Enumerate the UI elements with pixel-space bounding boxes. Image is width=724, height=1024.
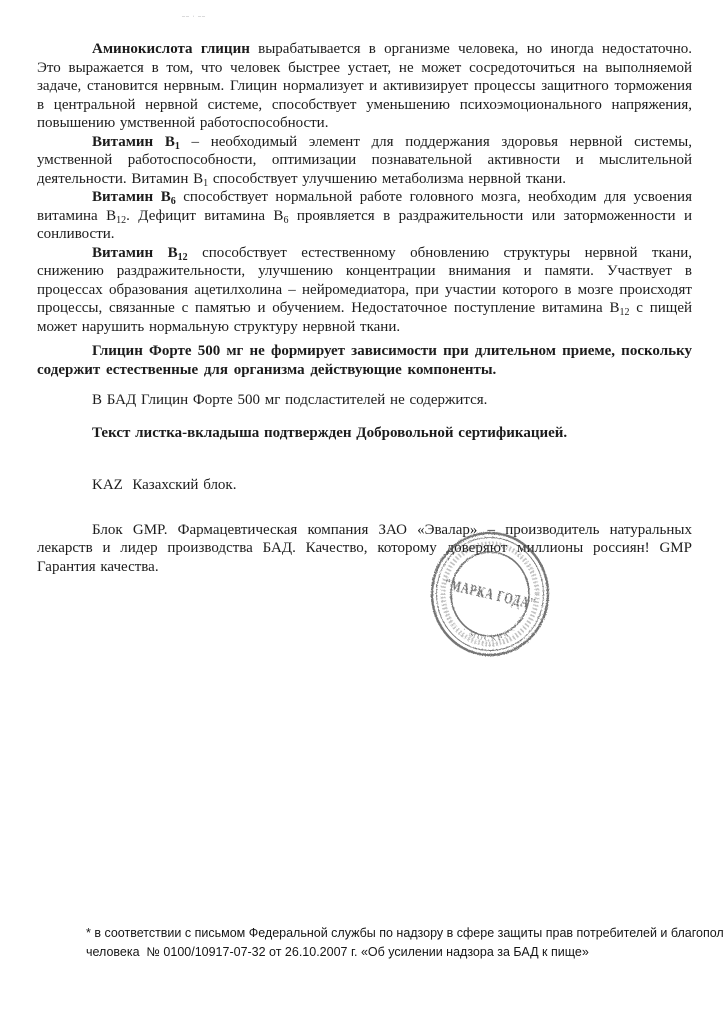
footnote: * в соответствии с письмом Федеральной с…: [86, 924, 700, 962]
paragraph-no-dependency: Глицин Форте 500 мг не формирует зависим…: [37, 342, 692, 379]
text-segment: Витамин В: [92, 189, 171, 205]
text-segment: 12: [116, 208, 126, 224]
text-segment: В БАД Глицин Форте 500 мг подсластителей…: [92, 392, 487, 408]
text-segment: 12: [620, 300, 630, 316]
scan-artifact: –– · ––: [182, 14, 206, 20]
text-segment: Витамин В: [92, 134, 175, 150]
paragraph-vitamin-b6: Витамин В6 способствует нормальной работ…: [37, 188, 692, 244]
footnote-line: человека № 0100/10917-07-32 от 26.10.200…: [86, 943, 700, 962]
page: –– · –– Аминокислота глицин вырабатывает…: [0, 0, 724, 1024]
paragraph-no-sweeteners: В БАД Глицин Форте 500 мг подсластителей…: [37, 391, 692, 410]
text-segment: способствует улучшению метаболизма нервн…: [208, 171, 566, 187]
text-segment: . Дефицит витамина В: [126, 208, 283, 224]
stamp-center-text: "МАРКА ГОДА": [442, 576, 537, 614]
text-segment: Аминокислота глицин: [92, 41, 250, 57]
text-segment: KAZ Казахский блок.: [92, 477, 236, 493]
paragraph-kaz-block: KAZ Казахский блок.: [37, 476, 692, 495]
text-segment: Витамин В: [92, 245, 178, 261]
text-segment: 12: [178, 245, 188, 261]
document-body: Аминокислота глицин вырабатывается в орг…: [37, 40, 692, 576]
text-segment: Блок GMP. Фармацевтическая компания ЗАО …: [37, 522, 692, 575]
paragraph-gmp-block: Блок GMP. Фармацевтическая компания ЗАО …: [37, 521, 692, 577]
text-segment: Текст листка-вкладыша подтвержден Добров…: [92, 425, 567, 441]
paragraph-glycine-amino: Аминокислота глицин вырабатывается в орг…: [37, 40, 692, 133]
paragraph-vitamin-b1: Витамин В1 – необходимый элемент для под…: [37, 133, 692, 189]
round-stamp: · МОСКВА · "МАРКА ГОДА": [412, 520, 568, 670]
text-segment: Глицин Форте 500 мг не формирует зависим…: [37, 343, 692, 378]
footnote-line: * в соответствии с письмом Федеральной с…: [86, 924, 700, 943]
paragraph-certification: Текст листка-вкладыша подтвержден Добров…: [37, 424, 692, 443]
paragraph-vitamin-b12: Витамин В12 способствует естественному о…: [37, 244, 692, 337]
